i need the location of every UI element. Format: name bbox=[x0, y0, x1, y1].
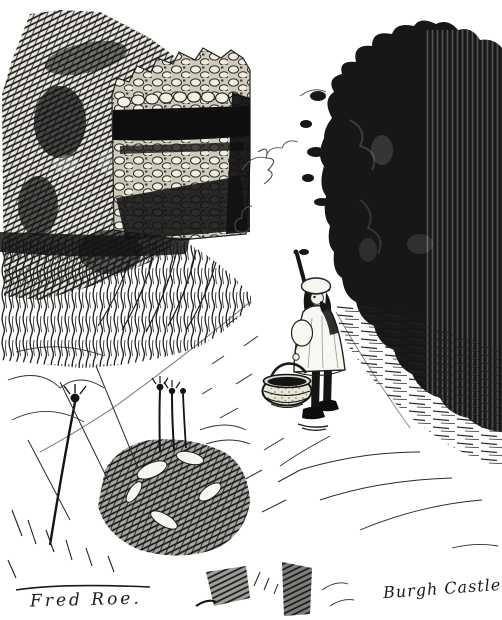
hand bbox=[293, 354, 299, 360]
figure-shadow bbox=[298, 424, 328, 430]
castle-ruin-wall bbox=[112, 48, 274, 240]
drawing-canvas bbox=[0, 0, 502, 620]
boot bbox=[319, 400, 339, 412]
artist-signature: Fred Roe. bbox=[30, 589, 142, 612]
child-figure bbox=[292, 278, 346, 430]
illustration-burgh-castle: Fred Roe. Burgh Castle bbox=[0, 0, 502, 620]
basket bbox=[263, 364, 312, 408]
sleeve bbox=[292, 320, 313, 346]
